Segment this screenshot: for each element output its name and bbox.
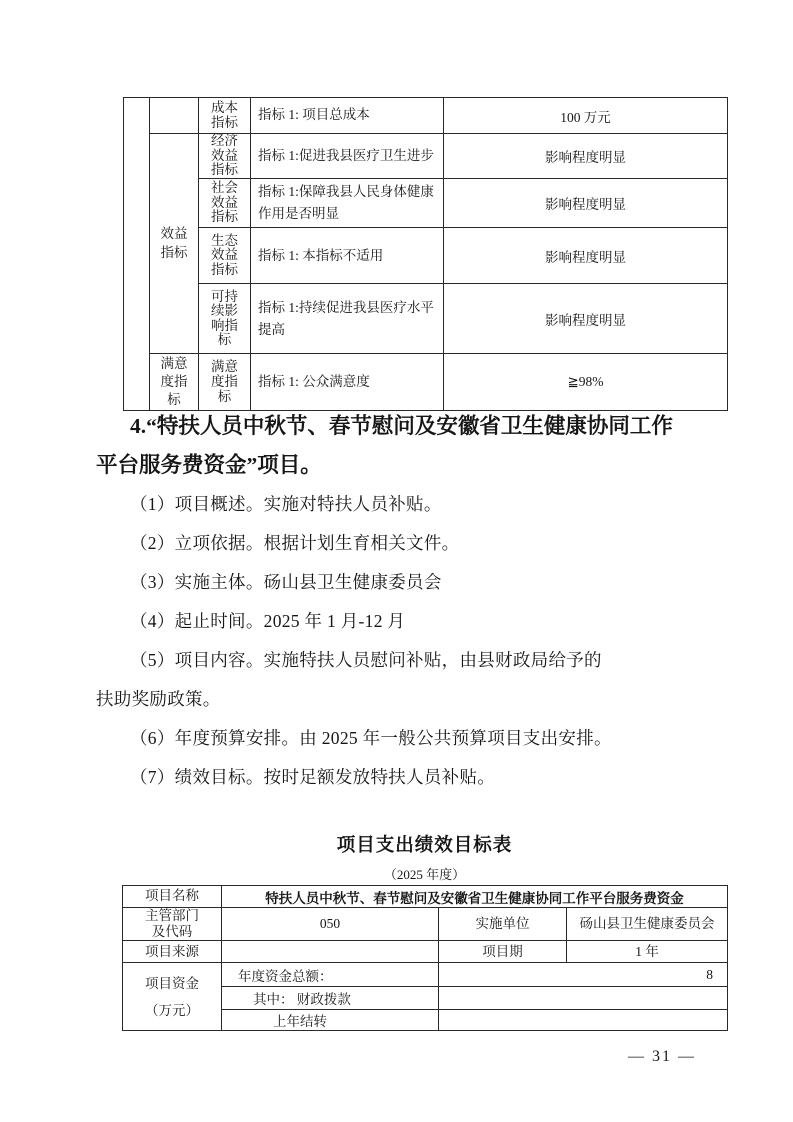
indicator-sub-label: 满意 度指 标 <box>199 354 251 411</box>
indicator-text: 指标 1: 本指标不适用 <box>251 228 444 284</box>
indicator-value: 100 万元 <box>444 98 728 134</box>
indicator-sub-label: 经济 效益 指标 <box>199 134 251 179</box>
document-page: 成本 指标 指标 1: 项目总成本 100 万元 效益 指标 经济 效益 指标 … <box>0 0 793 1122</box>
funds-total-value: 8 <box>439 963 728 987</box>
indicator-sub-label: 生态 效益 指标 <box>199 228 251 284</box>
paragraph-line: （1）项目概述。实施对特扶人员补贴。 <box>96 485 728 524</box>
indicator-row-cost: 成本 指标 指标 1: 项目总成本 100 万元 <box>124 98 728 134</box>
target-table-subtitle: （2025 年度） <box>122 864 727 883</box>
section-heading-line2: 平台服务费资金”项目。 <box>96 446 728 485</box>
section-4: 4.“特扶人员中秋节、春节慰问及安徽省卫生健康协同工作 平台服务费资金”项目。 … <box>96 407 728 797</box>
section-heading-line1: 4.“特扶人员中秋节、春节慰问及安徽省卫生健康协同工作 <box>96 407 728 446</box>
target-row-funds-total: 项目资金 （万元） 年度资金总额： 8 <box>123 963 728 987</box>
benefit-group-label: 效益 指标 <box>150 134 199 354</box>
target-table-title: 项目支出绩效目标表 <box>122 831 727 857</box>
indicator-row-social: 社会 效益 指标 指标 1:保障我县人民身体健康 作用是否明显 影响程度明显 <box>124 178 728 228</box>
indicator-value: ≧98% <box>444 354 728 411</box>
indicator-sub-label: 社会 效益 指标 <box>199 178 251 228</box>
paragraph-line: （3）实施主体。砀山县卫生健康委员会 <box>96 563 728 602</box>
indicator-text: 指标 1:保障我县人民身体健康 作用是否明显 <box>251 178 444 228</box>
indicator-value: 影响程度明显 <box>444 228 728 284</box>
paragraph-line: （6）年度预算安排。由 2025 年一般公共预算项目支出安排。 <box>96 719 728 758</box>
page-number: — 31 — <box>582 1048 742 1066</box>
indicator-row-sustainability: 可持 续影 响指 标 指标 1:持续促进我县医疗水平 提高 影响程度明显 <box>124 284 728 354</box>
indicator-table: 成本 指标 指标 1: 项目总成本 100 万元 效益 指标 经济 效益 指标 … <box>123 97 728 411</box>
indicator-row-ecological: 生态 效益 指标 指标 1: 本指标不适用 影响程度明显 <box>124 228 728 284</box>
source-label: 项目来源 <box>123 941 222 963</box>
funds-label: 项目资金 （万元） <box>123 963 222 1031</box>
period-label: 项目期 <box>439 941 567 963</box>
indicator-value: 影响程度明显 <box>444 134 728 179</box>
indicator-text: 指标 1:促进我县医疗卫生进步 <box>251 134 444 179</box>
project-name-value: 特扶人员中秋节、春节慰问及安徽省卫生健康协同工作平台服务费资金 <box>222 886 728 908</box>
paragraph-line: （7）绩效目标。按时足额发放特扶人员补贴。 <box>96 758 728 797</box>
indicator-group-empty-cell <box>150 98 199 134</box>
funds-carryover-label: 上年结转 <box>222 1010 439 1031</box>
paragraph-line: （5）项目内容。实施特扶人员慰问补贴，由县财政局给予的 <box>96 641 728 680</box>
impl-unit-label: 实施单位 <box>439 908 567 941</box>
indicator-left-gutter-cell <box>124 98 150 411</box>
funds-carryover-value <box>439 1010 728 1031</box>
impl-unit-value: 砀山县卫生健康委员会 <box>567 908 728 941</box>
source-value <box>222 941 439 963</box>
paragraph-line: （2）立项依据。根据计划生育相关文件。 <box>96 524 728 563</box>
dept-label: 主管部门 及代码 <box>123 908 222 941</box>
target-row-dept: 主管部门 及代码 050 实施单位 砀山县卫生健康委员会 <box>123 908 728 941</box>
satisfaction-group-label: 满意 度指 标 <box>150 354 199 411</box>
indicator-row-economic: 效益 指标 经济 效益 指标 指标 1:促进我县医疗卫生进步 影响程度明显 <box>124 134 728 179</box>
target-row-source: 项目来源 项目期 1 年 <box>123 941 728 963</box>
indicator-value: 影响程度明显 <box>444 284 728 354</box>
indicator-row-satisfaction: 满意 度指 标 满意 度指 标 指标 1: 公众满意度 ≧98% <box>124 354 728 411</box>
period-value: 1 年 <box>567 941 728 963</box>
indicator-text: 指标 1: 公众满意度 <box>251 354 444 411</box>
paragraph-line: （4）起止时间。2025 年 1 月-12 月 <box>96 602 728 641</box>
indicator-text: 指标 1: 项目总成本 <box>251 98 444 134</box>
indicator-sub-label: 可持 续影 响指 标 <box>199 284 251 354</box>
paragraph-line: 扶助奖励政策。 <box>96 680 728 719</box>
funds-fiscal-label: 其中： 财政拨款 <box>222 987 439 1010</box>
indicator-sub-label: 成本 指标 <box>199 98 251 134</box>
funds-fiscal-value <box>439 987 728 1010</box>
target-table: 项目名称 特扶人员中秋节、春节慰问及安徽省卫生健康协同工作平台服务费资金 主管部… <box>122 885 728 1031</box>
indicator-text: 指标 1:持续促进我县医疗水平 提高 <box>251 284 444 354</box>
dept-code-value: 050 <box>222 908 439 941</box>
target-row-project-name: 项目名称 特扶人员中秋节、春节慰问及安徽省卫生健康协同工作平台服务费资金 <box>123 886 728 908</box>
project-name-label: 项目名称 <box>123 886 222 908</box>
funds-total-label: 年度资金总额： <box>222 963 439 987</box>
indicator-value: 影响程度明显 <box>444 178 728 228</box>
